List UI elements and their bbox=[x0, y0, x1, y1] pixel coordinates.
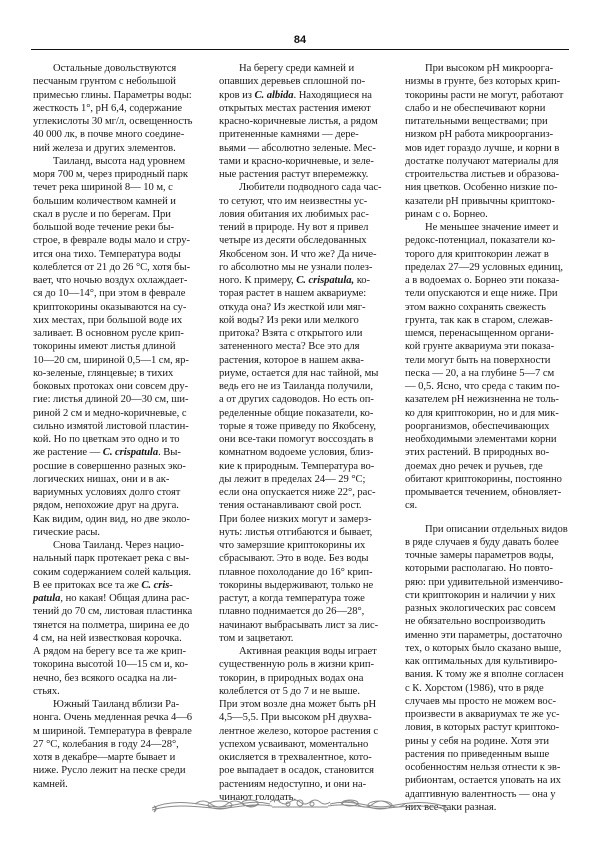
paragraph: При описании отдельных видов в ряде случ… bbox=[405, 523, 573, 815]
paragraph: При высоком pH микроорга- низмы в грунте… bbox=[405, 62, 573, 221]
column-3: При высоком pH микроорга- низмы в грунте… bbox=[405, 62, 573, 814]
paragraph-text: При описании отдельных видов в ряде случ… bbox=[405, 524, 568, 813]
paragraph-text: Остальные довольствуются песчаным грунто… bbox=[33, 63, 192, 154]
species-name: C. crispatula, bbox=[296, 275, 354, 286]
paragraph: Остальные довольствуются песчаным грунто… bbox=[33, 62, 201, 155]
paragraph-text: Любители подводного сада час- то сетуют,… bbox=[219, 182, 382, 286]
paragraph: Активная реакция воды играет существенну… bbox=[219, 645, 387, 804]
paragraph: На берегу среди камней и опавших деревье… bbox=[219, 62, 387, 181]
paragraph-text: Не меньшее значение имеет и редокс-потен… bbox=[405, 222, 563, 511]
paragraph: Не меньшее значение имеет и редокс-потен… bbox=[405, 221, 573, 513]
paragraph: Таиланд, высота над уровнем моря 700 м, … bbox=[33, 155, 201, 539]
paragraph: Любители подводного сада час- то сетуют,… bbox=[219, 181, 387, 645]
paragraph-text: Активная реакция воды играет существенну… bbox=[219, 646, 378, 803]
paragraph-text: При высоком pH микроорга- низмы в грунте… bbox=[405, 63, 563, 220]
paragraph-text: , но какая! Общая длина рас- тений до 70… bbox=[33, 593, 192, 697]
paragraph-text: Южный Таиланд вблизи Ра- нонга. Очень ме… bbox=[33, 699, 192, 790]
column-2: На берегу среди камней и опавших деревье… bbox=[219, 62, 387, 814]
paragraph: Снова Таиланд. Через нацио- нальный парк… bbox=[33, 539, 201, 698]
column-1: Остальные довольствуются песчаным грунто… bbox=[33, 62, 201, 814]
paragraph-text: ко- торая растет в нашем аквариуме: отку… bbox=[219, 275, 378, 644]
paragraph-text: Таиланд, высота над уровнем моря 700 м, … bbox=[33, 156, 190, 459]
decorative-vine-ornament-icon bbox=[150, 792, 450, 816]
paragraph-text: . Вы- росшие в совершенно разных эко- ло… bbox=[33, 447, 190, 538]
species-name: C. albida bbox=[255, 90, 294, 101]
species-name: C. crispatula bbox=[103, 447, 158, 458]
page-number: 84 bbox=[0, 34, 600, 46]
text-columns: Остальные довольствуются песчаным грунто… bbox=[33, 62, 573, 814]
paragraph-text: . Находящиеся на открытых местах растени… bbox=[219, 90, 378, 181]
header-divider bbox=[31, 49, 569, 50]
paragraph: Южный Таиланд вблизи Ра- нонга. Очень ме… bbox=[33, 698, 201, 791]
